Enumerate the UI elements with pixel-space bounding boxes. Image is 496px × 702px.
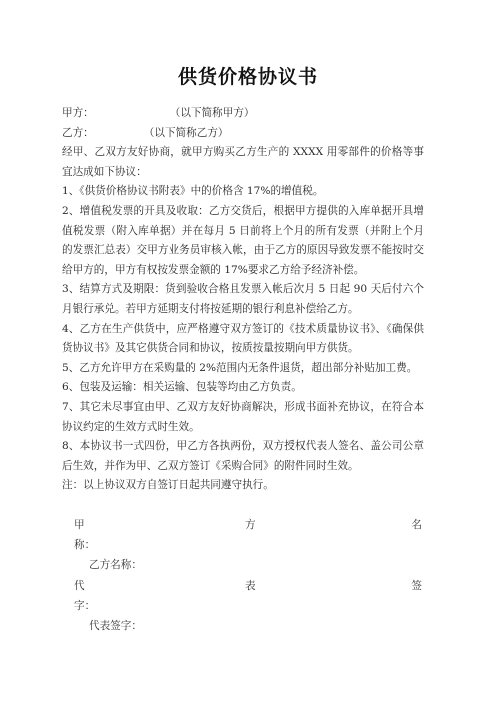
- document-title: 供货价格协议书: [0, 62, 496, 89]
- clause-1: 1、《供货价格协议书附表》中的价格含 17%的增值税。: [62, 182, 424, 202]
- party-b-note: （以下简称乙方）: [144, 124, 229, 144]
- rep-a-row: 代 表 签: [74, 578, 422, 598]
- document-body: 甲方： （以下简称甲方） 乙方： （以下简称乙方） 经甲、乙双方友好协商，就甲方…: [62, 104, 424, 496]
- party-a-name-field: 称：: [74, 537, 95, 552]
- party-a-note: （以下简称甲方）: [170, 104, 255, 124]
- rep-a-signature-field: 字：: [74, 598, 95, 613]
- document-page: 供货价格协议书 甲方： （以下简称甲方） 乙方： （以下简称乙方） 经甲、乙双方…: [0, 0, 496, 702]
- party-a-label: 甲方：: [62, 104, 94, 124]
- clause-6: 6、包装及运输：相关运输、包装等均由乙方负责。: [62, 378, 424, 398]
- clause-3: 3、结算方式及期限：货到验收合格且发票入帐后次月 5 日起 90 天后付六个月银…: [62, 280, 424, 319]
- clause-8: 8、本协议书一式四份，甲乙方各执两份，双方授权代表人签名、盖公司公章后生效，并作…: [62, 437, 424, 476]
- clause-2: 2、增值税发票的开具及收取：乙方交货后，根据甲方提供的入库单据开具增值税发票（附…: [62, 202, 424, 280]
- rep-b-signature-field: 代表签字：: [89, 618, 142, 633]
- party-b-name-field: 乙方名称：: [89, 557, 142, 572]
- clause-4: 4、乙方在生产供货中，应严格遵守双方签订的《技术质量协议书》、《确保供货协议书》…: [62, 320, 424, 359]
- clause-7: 7、其它未尽事宜由甲、乙双方友好协商解决，形成书面补充协议，在符合本协议约定的生…: [62, 398, 424, 437]
- party-a-name-row: 甲 方 名: [74, 517, 422, 537]
- party-a-line: 甲方： （以下简称甲方）: [62, 104, 424, 124]
- clause-5: 5、乙方允许甲方在采购量的 2%范围内无条件退货，超出部分补贴加工费。: [62, 359, 424, 379]
- intro-paragraph: 经甲、乙双方友好协商，就甲方购买乙方生产的 XXXX 用零部件的价格等事宜达成如…: [62, 143, 424, 182]
- note-paragraph: 注：以上协议双方自签订日起共同遵守执行。: [62, 476, 424, 496]
- party-b-line: 乙方： （以下简称乙方）: [62, 124, 424, 144]
- party-b-label: 乙方：: [62, 124, 94, 144]
